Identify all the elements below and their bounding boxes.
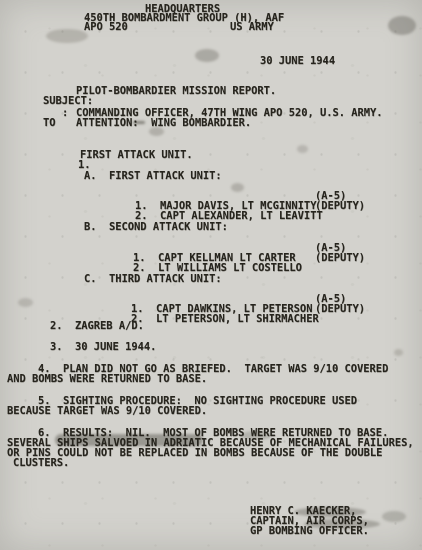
crew-role: (DEPUTY) [315,253,365,263]
letterhead-apo: APO 520 [84,22,128,32]
scan-stain [388,16,416,35]
scan-stain [394,349,403,356]
to-colon: : [62,108,68,118]
scan-stain [46,29,88,43]
crew-role: (DEPUTY) [315,201,365,211]
scan-stain [195,49,219,62]
document-page: HEADQUARTERS 450TH BOMBARDMENT GROUP (H)… [0,0,422,550]
para5-line2: BECAUSE TARGET WAS 9/10 COVERED. [7,406,207,416]
para6-line4: CLUSTERS. [13,458,69,468]
item2-line: 2. ZAGREB A/D. [50,321,144,331]
scan-stain [297,145,308,153]
subject-value: PILOT-BOMBARDIER MISSION REPORT. [76,86,276,96]
scan-stain [18,298,33,307]
crew-names: 2. LT PETERSON, LT SHIRMACHER [131,313,319,325]
document-date: 30 JUNE 1944 [260,56,335,66]
para4-line2: AND BOMBS WERE RETURNED TO BASE. [7,374,207,384]
crew-role: (DEPUTY) [315,304,365,314]
unitB-heading: B. SECOND ATTACK UNIT: [84,222,228,232]
signature-title: GP BOMBING OFFICER. [250,526,369,536]
item3-line: 3. 30 JUNE 1944. [50,342,156,352]
attention-line: ATTENTION: WING BOMBARDIER. [76,118,251,128]
unitC-heading: C. THIRD ATTACK UNIT: [84,274,222,284]
to-label: TO [43,117,56,129]
scan-stain [382,511,406,522]
unitA-heading: A. FIRST ATTACK UNIT: [84,171,222,181]
item1-title: FIRST ATTACK UNIT. [80,150,193,160]
to-line: TO:COMMANDING OFFICER, 47TH WING APO 520… [18,108,56,138]
letterhead-army: US ARMY [230,22,274,32]
